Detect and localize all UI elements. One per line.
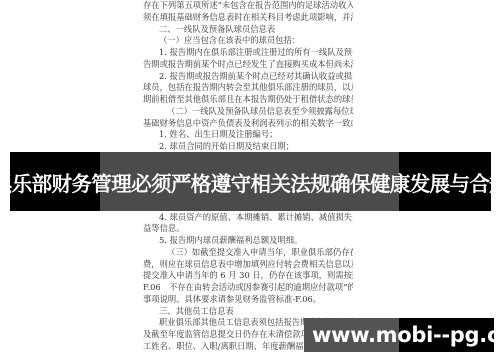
doc-line: 2. 球员合同的开始日期及结束日期；	[143, 141, 353, 153]
banner-title: 足球俱乐部财务管理必须严格遵守相关法规确保健康发展与合规运营	[10, 152, 491, 211]
doc-line: 2. 报告期或报告期前某个时点已经对其确认收益或损失的一线队及预备队	[143, 71, 353, 83]
subsection-heading: （三）如截至提交准入申请当年，职业俱乐部仍存在尚未支付的球员转会	[143, 247, 353, 259]
section-heading: 二、一线队及预备队球员信息表	[143, 24, 353, 36]
doc-line: 期前租借至其他俱乐部且在本报告期仍处于租借状态的球员。	[143, 94, 353, 106]
doc-line: 基础财务信息中资产负债表及利润表列示的相关数字一致或可调节一致：	[143, 118, 353, 130]
watermark: www.mobi--pg.com	[304, 318, 494, 352]
section-heading: 三、其他员工信息表	[143, 306, 353, 318]
doc-line: 4. 球员资产的原值、本期摊销、累计摊销、减值损失、期末净值、处置损	[143, 212, 353, 224]
doc-line: 1. 姓名、出生日期及注册编号；	[143, 129, 353, 141]
doc-line: 须在填报基础财务信息表时在相关科目考虑此项影响，并添加备注说明。	[143, 12, 353, 24]
doc-line: 存在下列第五项所述“未包含在报告范围内的足球活动收入和支出”，俱乐部	[143, 0, 353, 12]
title-banner: 足球俱乐部财务管理必须严格遵守相关法规确保健康发展与合规运营	[10, 152, 491, 211]
doc-line: 5. 报告期内球员薪酬福利总额及明细。	[143, 235, 353, 247]
doc-line: 费，则应在球员信息表中增加填列应付转会费相关信息以及原因解释。如截至	[143, 259, 353, 271]
doc-line: F.06 不存在由转会活动或因参赛引起的逾期应付款项”的要求填列上报相关	[143, 282, 353, 294]
subsection-heading: （一）应当包含在该表中的球员包括：	[143, 35, 353, 47]
watermark-text: www.mobi--pg.com	[312, 318, 500, 352]
doc-line: 益等信息。	[143, 223, 353, 235]
doc-line: 提交准入申请当年的 6 月 30 日，仍存在该事项，则需按照“财务监管标准-	[143, 270, 353, 282]
doc-line: 事项说明。具体要求请参见财务监管标准-F.06。	[143, 294, 353, 306]
doc-line: 1. 报告期内在俱乐部注册或注册过的所有一线队及预备队球员，包括在报	[143, 47, 353, 59]
doc-line: 告期或报告期前某个时点已经发生了直接购买成本但尚未注册的球员；	[143, 59, 353, 71]
subsection-heading: （二）一线队及预备队球员信息表至少须披露每位球员的以下信息，并与	[143, 106, 353, 118]
doc-line: 球员，包括在报告期内转会至其他俱乐部注册的球员，以及在报告期内或报告	[143, 82, 353, 94]
